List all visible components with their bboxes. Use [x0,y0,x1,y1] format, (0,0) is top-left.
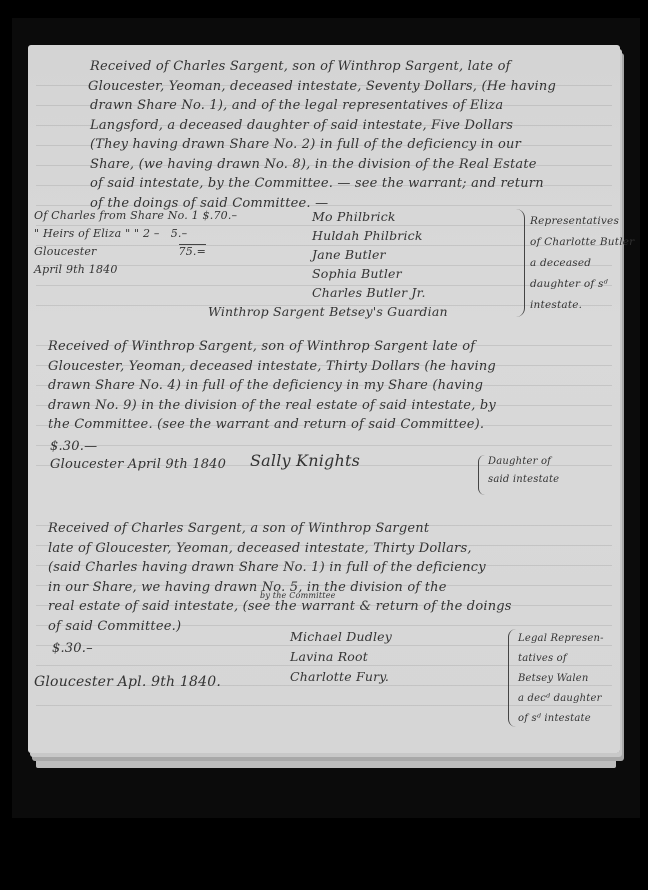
signature: Sophia Butler [312,264,426,283]
signature-guardian: Winthrop Sargent Betsey's Guardian [208,302,448,322]
receipt-1-note: Representatives of Charlotte Butler a de… [530,211,634,316]
brace [508,629,516,727]
receipt-3-insertion: by the Committee [260,591,336,601]
receipt-1-place: Gloucester75.= [34,243,237,261]
receipt-1-line: Langsford, a deceased daughter of said i… [90,116,556,136]
signature: Michael Dudley [290,627,392,647]
receipt-2-note: Daughter of said intestate [488,453,559,489]
receipt-2-signature: Sally Knights [250,451,360,471]
manuscript-page: Received of Charles Sargent, son of Wint… [28,45,620,753]
receipt-3-note: Legal Represen- tatives of Betsey Walen … [518,629,604,729]
receipt-1-accounts: Of Charles from Share No. 1 $.70.– " Hei… [34,207,237,279]
receipt-1-line: Share, (we having drawn No. 8), in the d… [90,155,556,175]
receipt-2-line: drawn No. 9) in the division of the real… [48,396,496,416]
ruled-line [36,445,612,446]
receipt-3-place-date: Gloucester Apl. 9th 1840. [34,673,221,693]
account-eliza-heirs: " Heirs of Eliza " " 2 – 5.– [34,225,237,243]
receipt-1-line: of said intestate, by the Committee. — s… [90,174,556,194]
receipt-1-body: Received of Charles Sargent, son of Wint… [90,57,556,213]
receipt-3-line: Received of Charles Sargent, a son of Wi… [48,519,512,539]
account-charles: Of Charles from Share No. 1 $.70.– [34,207,237,225]
receipt-3-signatures: Michael Dudley Lavina Root Charlotte Fur… [290,627,392,687]
signature: Huldah Philbrick [312,226,426,245]
receipt-2-line: Gloucester, Yeoman, deceased intestate, … [48,357,496,377]
receipt-3-line: of said Committee.) [48,617,512,637]
receipt-1-date: April 9th 1840 [34,261,237,279]
receipt-2-line: the Committee. (see the warrant and retu… [48,415,496,435]
receipt-1-line: drawn Share No. 1), and of the legal rep… [90,96,556,116]
signature: Charles Butler Jr. [312,283,426,302]
receipt-3-body: Received of Charles Sargent, a son of Wi… [48,519,512,636]
receipt-2-place-date: Gloucester April 9th 1840 [50,455,226,475]
signature: Lavina Root [290,647,392,667]
receipt-2-line: drawn Share No. 4) in full of the defici… [48,376,496,396]
signature: Charlotte Fury. [290,667,392,687]
receipt-1-line: Received of Charles Sargent, son of Wint… [90,57,556,77]
receipt-2-amount: $.30.— [50,437,97,457]
receipt-3-line: (said Charles having drawn Share No. 1) … [48,558,512,578]
receipt-3-line: late of Gloucester, Yeoman, deceased int… [48,539,512,559]
receipt-2-line: Received of Winthrop Sargent, son of Win… [48,337,496,357]
brace [478,455,485,495]
receipt-2-body: Received of Winthrop Sargent, son of Win… [48,337,496,435]
receipt-1-line: (They having drawn Share No. 2) in full … [90,135,556,155]
signature: Jane Butler [312,245,426,264]
signature: Mo Philbrick [312,207,426,226]
brace [516,209,525,317]
receipt-1-signatures: Mo Philbrick Huldah Philbrick Jane Butle… [312,207,426,302]
receipt-1-line: Gloucester, Yeoman, deceased intestate, … [88,77,556,97]
receipt-3-amount: $.30.– [52,639,93,659]
